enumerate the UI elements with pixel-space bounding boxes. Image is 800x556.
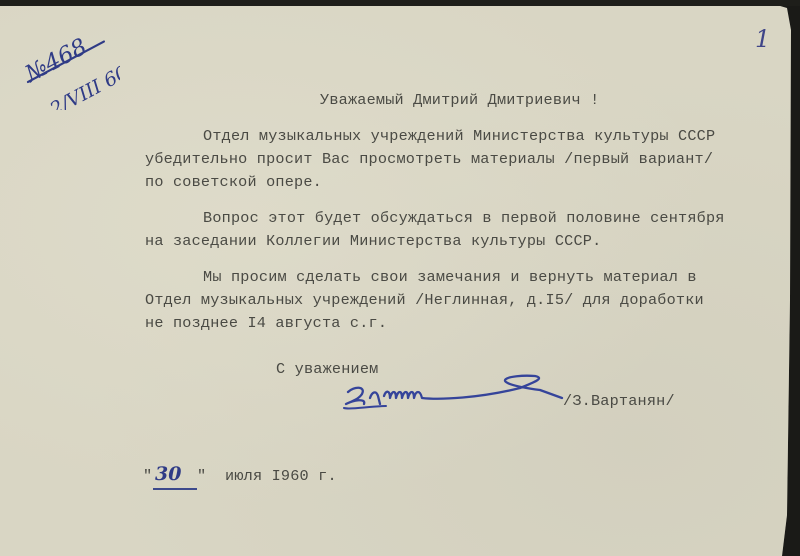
letter-page: №468 2/VIII 60. 1 Уважаемый Дмитрий Дмит… [0, 0, 800, 556]
paragraph-1-line-3: по советской опере. [145, 172, 322, 193]
registration-number: №468 [20, 34, 91, 88]
date-day-handwritten: 30 [155, 463, 181, 485]
paragraph-3-line-2: Отдел музыкальных учреждений /Неглинная,… [145, 290, 704, 311]
date-month-year: июля I960 г. [225, 466, 337, 487]
date-day-underline [153, 488, 197, 490]
scan-border-top [0, 0, 800, 6]
date-close-quote: " [197, 466, 206, 487]
paragraph-2-line-1: Вопрос этот будет обсуждаться в первой п… [203, 208, 725, 229]
paragraph-1-line-1: Отдел музыкальных учреждений Министерств… [203, 126, 715, 147]
paragraph-2-line-2: на заседании Коллегии Министерства культ… [145, 231, 601, 252]
paragraph-3-line-3: не позднее I4 августа с.г. [145, 313, 387, 334]
salutation: Уважаемый Дмитрий Дмитриевич ! [320, 90, 599, 111]
date-open-quote: " [143, 466, 152, 487]
signature-scrawl [340, 368, 570, 413]
paragraph-3-line-1: Мы просим сделать свои замечания и верну… [203, 267, 697, 288]
registration-mark: №468 2/VIII 60. [10, 10, 120, 110]
signatory-name: /З.Вартанян/ [563, 391, 675, 412]
page-number: 1 [755, 25, 770, 53]
paragraph-1-line-2: убедительно просит Вас просмотреть матер… [145, 149, 713, 170]
